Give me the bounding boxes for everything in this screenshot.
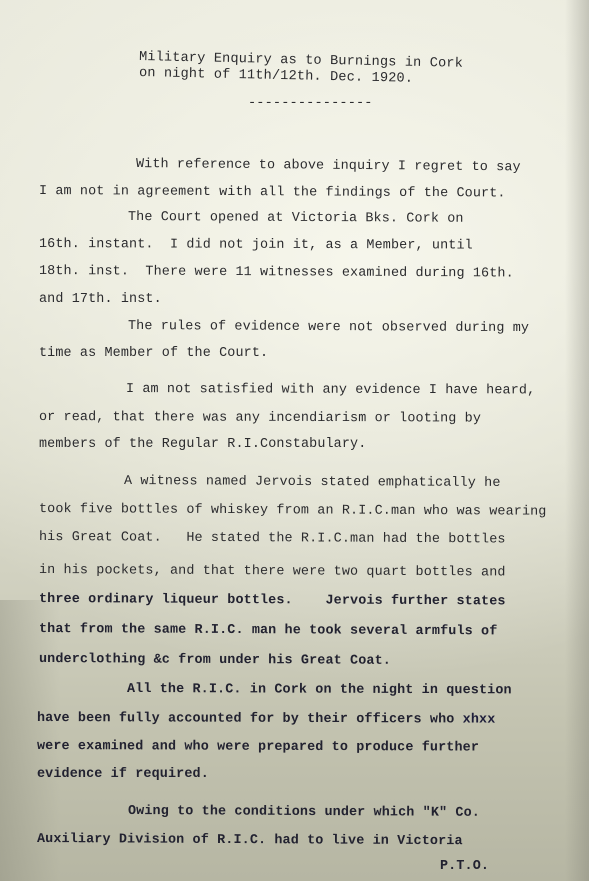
- body-line: I am not in agreement with all the findi…: [39, 184, 506, 202]
- body-line: evidence if required.: [37, 767, 209, 783]
- body-line: Auxiliary Division of R.I.C. had to live…: [37, 832, 463, 850]
- body-line: in his pockets, and that there were two …: [39, 563, 506, 581]
- page-edge-shadow: [565, 0, 589, 881]
- body-line: The rules of evidence were not observed …: [128, 319, 529, 337]
- body-line: 18th. inst. There were 11 witnesses exam…: [39, 264, 514, 282]
- body-line: that from the same R.I.C. man he took se…: [39, 622, 497, 640]
- body-line: underclothing &c from under his Great Co…: [39, 652, 391, 670]
- body-line: took five bottles of whiskey from an R.I…: [39, 502, 547, 521]
- title-separator-rule: ---------------: [248, 96, 373, 112]
- please-turn-over-note: P.T.O.: [440, 859, 489, 875]
- body-line-text: have been fully accounted for by their o…: [37, 711, 463, 727]
- body-line: 16th. instant. I did not join it, as a M…: [39, 237, 473, 255]
- body-line: three ordinary liqueur bottles. Jervois …: [39, 592, 506, 610]
- body-line: and 17th. inst.: [39, 292, 162, 308]
- body-line: or read, that there was any incendiarism…: [39, 410, 481, 428]
- body-line: were examined and who were prepared to p…: [37, 739, 479, 757]
- body-line: his Great Coat. He stated the R.I.C.man …: [39, 530, 506, 548]
- body-line: A witness named Jervois stated emphatica…: [124, 474, 501, 492]
- body-line: With reference to above inquiry I regret…: [136, 157, 521, 176]
- body-line: I am not satisfied with any evidence I h…: [126, 382, 535, 399]
- body-line: Owing to the conditions under which "K" …: [128, 804, 480, 822]
- body-line: members of the Regular R.I.Constabulary.: [39, 437, 366, 453]
- body-line: All the R.I.C. in Cork on the night in q…: [127, 682, 512, 699]
- struck-out-word: xhxx: [463, 712, 496, 727]
- body-line: time as Member of the Court.: [39, 346, 268, 362]
- body-line-with-strikeout: have been fully accounted for by their o…: [37, 711, 495, 729]
- body-line: The Court opened at Victoria Bks. Cork o…: [128, 210, 464, 228]
